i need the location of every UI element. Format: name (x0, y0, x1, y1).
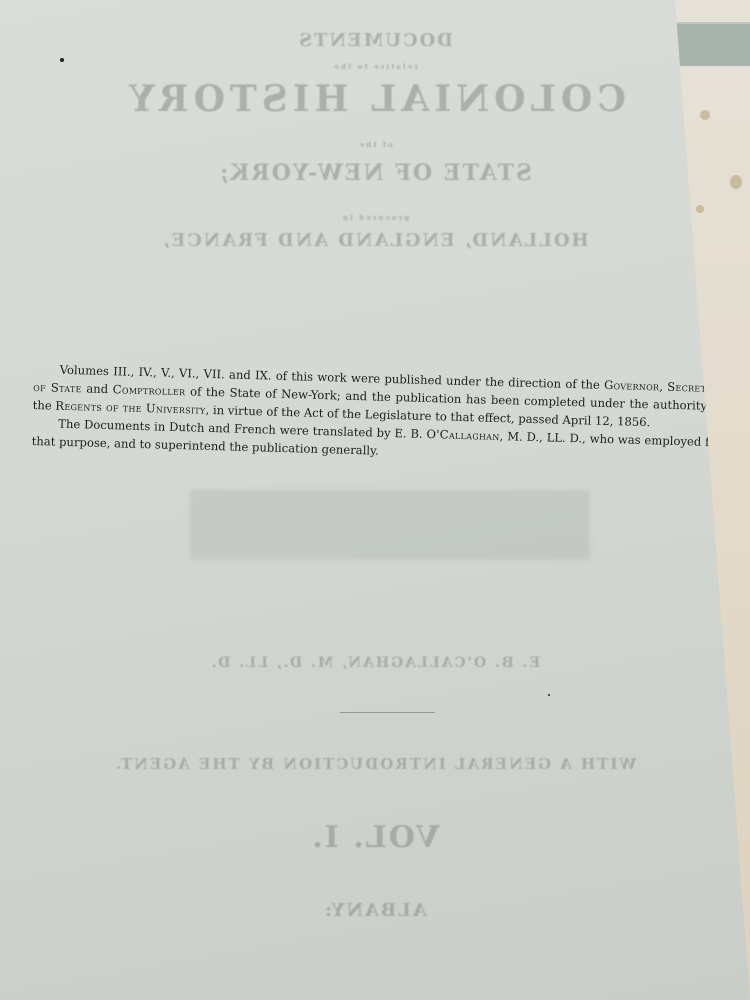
publication-notice: Volumes III., IV., V., VI., VII. and IX.… (31, 360, 723, 469)
bleed-through-text: DOCUMENTS (0, 30, 750, 51)
bleed-through-text: E. B. O'CALLAGHAN, M. D., LL. D. (0, 655, 750, 671)
stain (700, 110, 710, 120)
book-page: DOCUMENTS relative to the COLONIAL HISTO… (0, 0, 750, 1000)
bleed-through-text: VOL. I. (0, 820, 750, 855)
bleed-through-text: relative to the (0, 62, 750, 71)
bleed-through-text: COLONIAL HISTORY (0, 78, 750, 120)
bleed-through-block (190, 490, 590, 560)
bleed-through-rule (340, 712, 435, 713)
stain (696, 205, 704, 213)
bleed-through-text: ALBANY: (0, 900, 750, 921)
bleed-through-text: HOLLAND, ENGLAND AND FRANCE, (0, 230, 750, 251)
ink-speck (548, 694, 550, 696)
bleed-through-text: procured in (0, 213, 750, 222)
background-shelf (676, 22, 750, 66)
stain (730, 175, 742, 189)
bleed-through-text: WITH A GENERAL INTRODUCTION BY THE AGENT… (0, 755, 750, 773)
bleed-through-text: of the (0, 140, 750, 149)
ink-speck (60, 58, 64, 62)
bleed-through-text: STATE OF NEW-YORK; (0, 160, 750, 186)
